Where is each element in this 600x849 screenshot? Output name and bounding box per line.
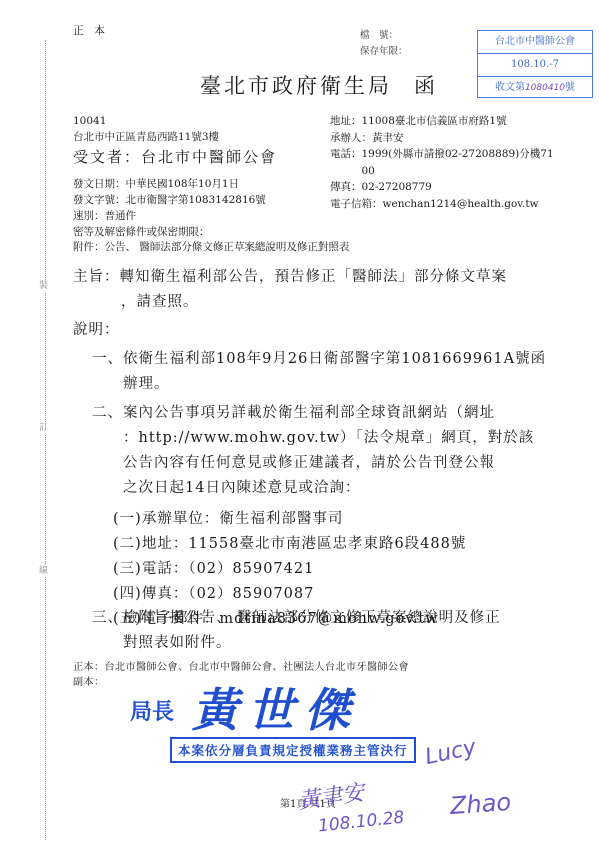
binding-mark-xian: 線 — [39, 565, 48, 577]
handler-value: 黃聿安 — [372, 130, 555, 147]
item-1-number: 一、 — [92, 351, 123, 367]
stamp-receipt-suffix: 號 — [565, 82, 575, 93]
file-number-label: 檔 號： — [360, 27, 398, 41]
handler-label: 承辦人： — [330, 130, 372, 147]
original-recipients: 正本：台北市醫師公會、台北市中醫師公會、社團法人台北市牙醫師公會 — [73, 658, 409, 673]
item-3-text: 檢附旨揭公告、 醫師法部分條文修正草案總說明及修正 — [123, 610, 501, 626]
sender-info: 地址：11008臺北市信義區市府路1號 承辦人：黃聿安 電話：1999(外縣市請… — [330, 113, 555, 212]
item-2-line-1: 二、案內公告事項另詳載於衛生福利部全球資訊網站（網址 — [92, 401, 495, 426]
secrecy-level: 密等及解密條件或保密期限： — [73, 225, 210, 240]
subject-line-2: ，請查照。 — [121, 290, 199, 315]
handwritten-initials-3: Zhao — [449, 788, 512, 820]
address-value: 11008臺北市信義區市府路1號 — [362, 113, 556, 130]
issue-date: 發文日期：中華民國108年10月1日 — [73, 177, 239, 192]
recipient-postal-code: 10041 — [73, 114, 106, 129]
stamp-receipt-number: 收文第1080410號 — [478, 77, 592, 99]
binding-mark-ding: 訂 — [39, 422, 48, 434]
item-3-number: 三、 — [92, 610, 123, 626]
handwritten-initials-2: Lucy — [423, 735, 478, 770]
item-2-number: 二、 — [92, 405, 123, 421]
delivery-speed: 速別：普通件 — [73, 209, 136, 224]
copy-recipients: 副本： — [73, 673, 105, 688]
item-1-line-2: 辦理。 — [123, 372, 170, 397]
issue-number: 發文字號：北市衛醫字第1083142816號 — [73, 193, 266, 208]
item-3-line-1-text: 三、檢附旨揭公告、 醫師法部分條文修正草案總說明及修正 — [92, 606, 501, 631]
contact-phone: (三)電話：（02）85907421 — [113, 557, 314, 582]
subject-text-1: 轉知衛生福利部公告，預告修正「醫師法」部分條文草案 — [120, 269, 508, 285]
recipient: 受文者：台北市中醫師公會 — [73, 146, 277, 167]
email-label: 電子信箱： — [330, 196, 383, 213]
item-2-line-4: 之次日起14日內陳述意見或洽詢： — [123, 476, 360, 501]
item-2-line-2: ：http://www.mohw.gov.tw）「法令規章」網頁，對於該 — [123, 426, 534, 451]
copy-mark: 正本 — [73, 22, 115, 38]
stamp-org: 台北市中醫師公會 — [478, 31, 592, 54]
subject-line-1: 主旨：轉知衛生福利部公告，預告修正「醫師法」部分條文草案 — [73, 265, 507, 290]
document-type: 函 — [414, 74, 438, 98]
signatory-name: 黃世傑 — [192, 674, 360, 740]
document-title: 臺北市政府衛生局函 — [200, 70, 438, 100]
item-1-text: 依衛生福利部108年9月26日衛部醫字第1081669961A號函 — [123, 351, 546, 367]
item-2-text: 案內公告事項另詳載於衛生福利部全球資訊網站（網址 — [123, 405, 495, 421]
fax-label: 傳真： — [330, 179, 362, 196]
binding-mark-zhuang: 裝 — [39, 280, 48, 292]
contact-address: (二)地址：11558臺北市南港區忠孝東路6段488號 — [113, 532, 466, 557]
explanation-label: 說明： — [73, 318, 120, 343]
handwritten-date: 108.10.28 — [317, 808, 405, 837]
email-value: wenchan1214@health.gov.tw — [383, 196, 556, 213]
item-1-line-1: 一、依衛生福利部108年9月26日衛部醫字第1081669961A號函 — [92, 347, 546, 372]
stamp-date: 108.10.-7 — [478, 54, 592, 77]
stamp-receipt-no: 1080410 — [525, 83, 565, 93]
fax-value: 02-27208779 — [362, 179, 556, 196]
item-3-line-2: 對照表如附件。 — [123, 631, 232, 656]
phone-value: 1999(外縣市請撥02-27208889)分機7100 — [362, 146, 556, 179]
attachments: 附件：公告、 醫師法部分條文修正草案總說明及修正對照表 — [73, 240, 349, 255]
phone-label: 電話： — [330, 146, 362, 179]
subject-label: 主旨： — [73, 269, 120, 285]
contact-unit: (一)承辦單位：衛生福利部醫事司 — [113, 507, 343, 532]
receipt-stamp: 台北市中醫師公會 108.10.-7 收文第1080410號 — [477, 30, 593, 98]
address-label: 地址： — [330, 113, 362, 130]
stamp-receipt-prefix: 收文第 — [495, 82, 525, 93]
handwritten-initials-1: 黃聿安 — [296, 776, 366, 816]
binding-line — [45, 40, 46, 840]
contact-fax: (四)傳真：（02）85907087 — [113, 582, 314, 607]
delegation-stamp: 本案依分層負責規定授權業務主管決行 — [170, 737, 416, 763]
agency-name: 臺北市政府衛生局 — [200, 74, 392, 98]
signatory-title: 局長 — [130, 695, 174, 726]
item-2-line-3: 公告內容有任何意見或修正建議者，請於公告刊登公報 — [123, 451, 495, 476]
retention-label: 保存年限： — [360, 43, 408, 57]
recipient-address: 台北市中正區青島西路11號3樓 — [73, 130, 219, 145]
